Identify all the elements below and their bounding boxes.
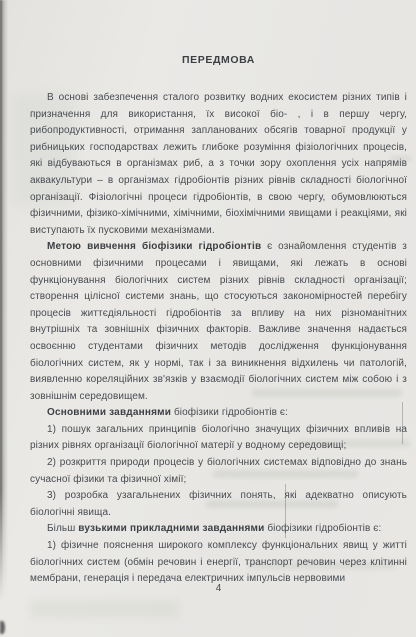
scanned-book-page: ПЕРЕДМОВА В основі забезпечення сталого … [0, 0, 416, 637]
scan-edge-shadow [0, 0, 8, 600]
paragraph-text: біофізики гідробіонтів є: [264, 523, 381, 534]
paragraph-bold-text: Основними завданнями [47, 407, 171, 418]
paragraph-text: 1) фізичне пояснення широкого комплексу … [30, 540, 407, 584]
list-item-3: 3) розробка узагальнених фізичних понять… [30, 488, 407, 521]
paragraph-text: В основі забезпечення сталого розвитку в… [30, 92, 407, 236]
applied-list-item-1: 1) фізичне пояснення широкого комплексу … [30, 538, 407, 588]
list-item-2: 2) розкриття природи процесів у біологіч… [30, 455, 407, 488]
page-number: 4 [30, 583, 407, 594]
page-title: ПЕРЕДМОВА [30, 54, 407, 66]
paragraph-text: 1) пошук загальних принципів біологічно … [30, 424, 407, 452]
paragraph-text: є ознайомлення студентів з основними фіз… [30, 241, 407, 401]
paragraph-main-tasks-heading: Основними завданнями біофізики гідробіон… [30, 405, 407, 422]
show-through-smudge [30, 600, 180, 618]
paragraph-text: Більш [47, 523, 78, 534]
paragraph-text: 2) розкриття природи процесів у біологіч… [30, 457, 407, 485]
paragraph-intro: В основі забезпечення сталого розвитку в… [30, 90, 407, 239]
paragraph-bold-text: Метою вивчення біофізики гідробіонтів [47, 241, 261, 252]
paragraph-bold-text: вузькими прикладними завданнями [78, 523, 264, 534]
paragraph-text: 3) розробка узагальнених фізичних понять… [30, 490, 407, 518]
scan-corner-mark [0, 621, 5, 634]
paragraph-applied-tasks-heading: Більш вузькими прикладними завданнями бі… [30, 521, 407, 538]
paragraph-text: біофізики гідробіонтів є: [171, 407, 288, 418]
page-content: ПЕРЕДМОВА В основі забезпечення сталого … [30, 54, 407, 588]
paragraph-goal: Метою вивчення біофізики гідробіонтів є … [30, 239, 407, 405]
list-item-1: 1) пошук загальних принципів біологічно … [30, 422, 407, 455]
